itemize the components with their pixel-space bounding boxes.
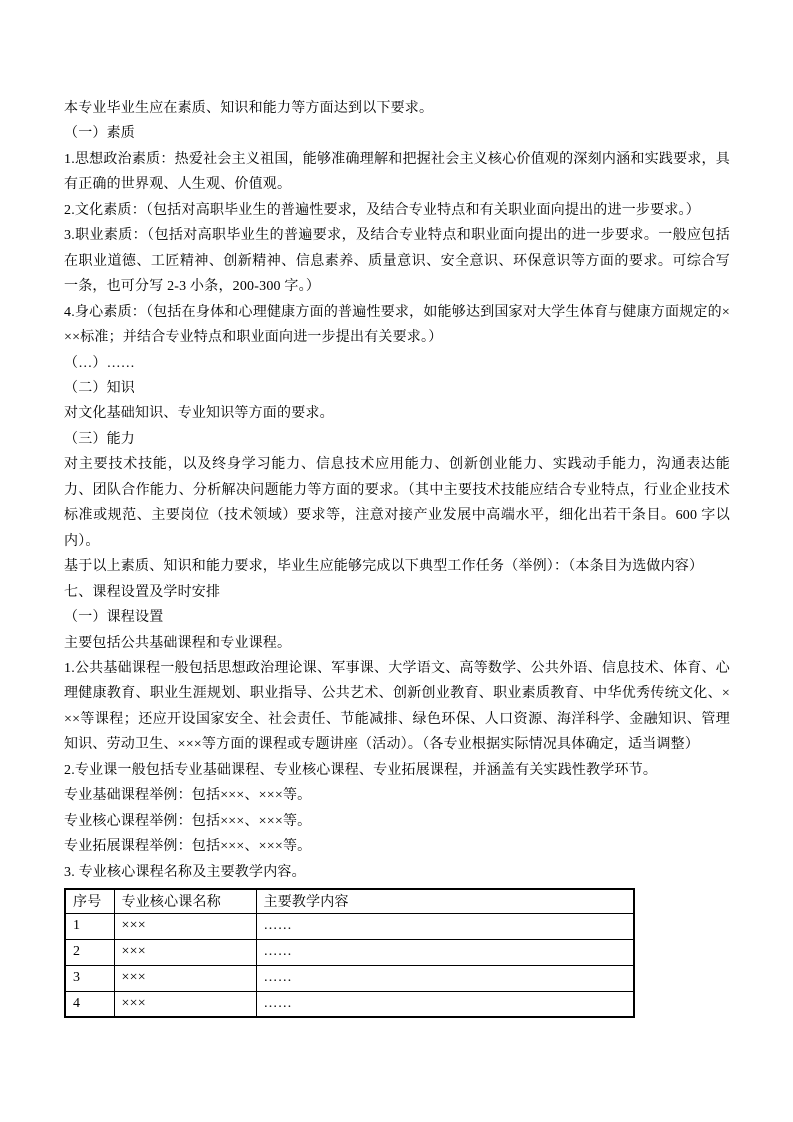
paragraph-zhuanyeke: 2.专业课一般包括专业基础课程、专业核心课程、专业拓展课程，并涵盖有关实践性教学… — [64, 758, 730, 783]
paragraph-zhiye: 3.职业素质：（包括对高职毕业生的普遍要求，及结合专业特点和职业面向提出的进一步… — [64, 223, 730, 299]
cell-course-name: ××× — [114, 965, 256, 991]
paragraph-tuozhan-juli: 专业拓展课程举例：包括×××、×××等。 — [64, 834, 730, 859]
paragraph-shenxin: 4.身心素质：（包括在身体和心理健康方面的普遍性要求，如能够达到国家对大学生体育… — [64, 300, 730, 351]
cell-index: 1 — [65, 913, 114, 939]
cell-course-name: ××× — [114, 991, 256, 1017]
heading-section-seven: 七、课程设置及学时安排 — [64, 580, 730, 605]
paragraph-hexin-neirong: 3. 专业核心课程名称及主要教学内容。 — [64, 860, 730, 885]
table-row: 4 ××× …… — [65, 991, 634, 1017]
cell-index: 4 — [65, 991, 114, 1017]
table-header-row: 序号 专业核心课名称 主要教学内容 — [65, 889, 634, 913]
paragraph-hexin-juli: 专业核心课程举例：包括×××、×××等。 — [64, 809, 730, 834]
cell-teaching-content: …… — [256, 991, 634, 1017]
heading-suzhi: （一）素质 — [64, 121, 730, 146]
cell-index: 3 — [65, 965, 114, 991]
cell-course-name: ××× — [114, 939, 256, 965]
paragraph-gonggong-jichu: 1.公共基础课程一般包括思想政治理论课、军事课、大学语文、高等数学、公共外语、信… — [64, 656, 730, 758]
cell-teaching-content: …… — [256, 913, 634, 939]
document-body: 本专业毕业生应在素质、知识和能力等方面达到以下要求。 （一）素质 1.思想政治素… — [64, 96, 730, 1018]
table-row: 2 ××× …… — [65, 939, 634, 965]
paragraph-nengli-desc: 对主要技术技能，以及终身学习能力、信息技术应用能力、创新创业能力、实践动手能力，… — [64, 452, 730, 554]
heading-nengli: （三）能力 — [64, 427, 730, 452]
cell-index: 2 — [65, 939, 114, 965]
header-cell-teaching-content: 主要教学内容 — [256, 889, 634, 913]
paragraph-jiyu: 基于以上素质、知识和能力要求，毕业生应能够完成以下典型工作任务（举例）：（本条目… — [64, 554, 730, 579]
cell-teaching-content: …… — [256, 965, 634, 991]
heading-kecheng-shezhi: （一）课程设置 — [64, 605, 730, 630]
header-cell-xuhao: 序号 — [65, 889, 114, 913]
paragraph-sixiang: 1.思想政治素质：热爱社会主义祖国，能够准确理解和把握社会主义核心价值观的深刻内… — [64, 147, 730, 198]
document-page: 本专业毕业生应在素质、知识和能力等方面达到以下要求。 （一）素质 1.思想政治素… — [0, 0, 793, 1122]
cell-course-name: ××× — [114, 913, 256, 939]
heading-zhishi: （二）知识 — [64, 376, 730, 401]
paragraph-wenhua: 2.文化素质：（包括对高职毕业生的普遍性要求，及结合专业特点和有关职业面向提出的… — [64, 198, 730, 223]
paragraph-kecheng-intro: 主要包括公共基础课程和专业课程。 — [64, 631, 730, 656]
core-courses-table: 序号 专业核心课名称 主要教学内容 1 ××× …… 2 ××× …… 3 — [64, 888, 635, 1018]
paragraph-zhishi-desc: 对文化基础知识、专业知识等方面的要求。 — [64, 401, 730, 426]
cell-teaching-content: …… — [256, 939, 634, 965]
table-row: 3 ××× …… — [65, 965, 634, 991]
table-row: 1 ××× …… — [65, 913, 634, 939]
paragraph-ellipsis: （…）…… — [64, 351, 730, 376]
paragraph-jichu-juli: 专业基础课程举例：包括×××、×××等。 — [64, 783, 730, 808]
header-cell-course-name: 专业核心课名称 — [114, 889, 256, 913]
paragraph-intro: 本专业毕业生应在素质、知识和能力等方面达到以下要求。 — [64, 96, 730, 121]
